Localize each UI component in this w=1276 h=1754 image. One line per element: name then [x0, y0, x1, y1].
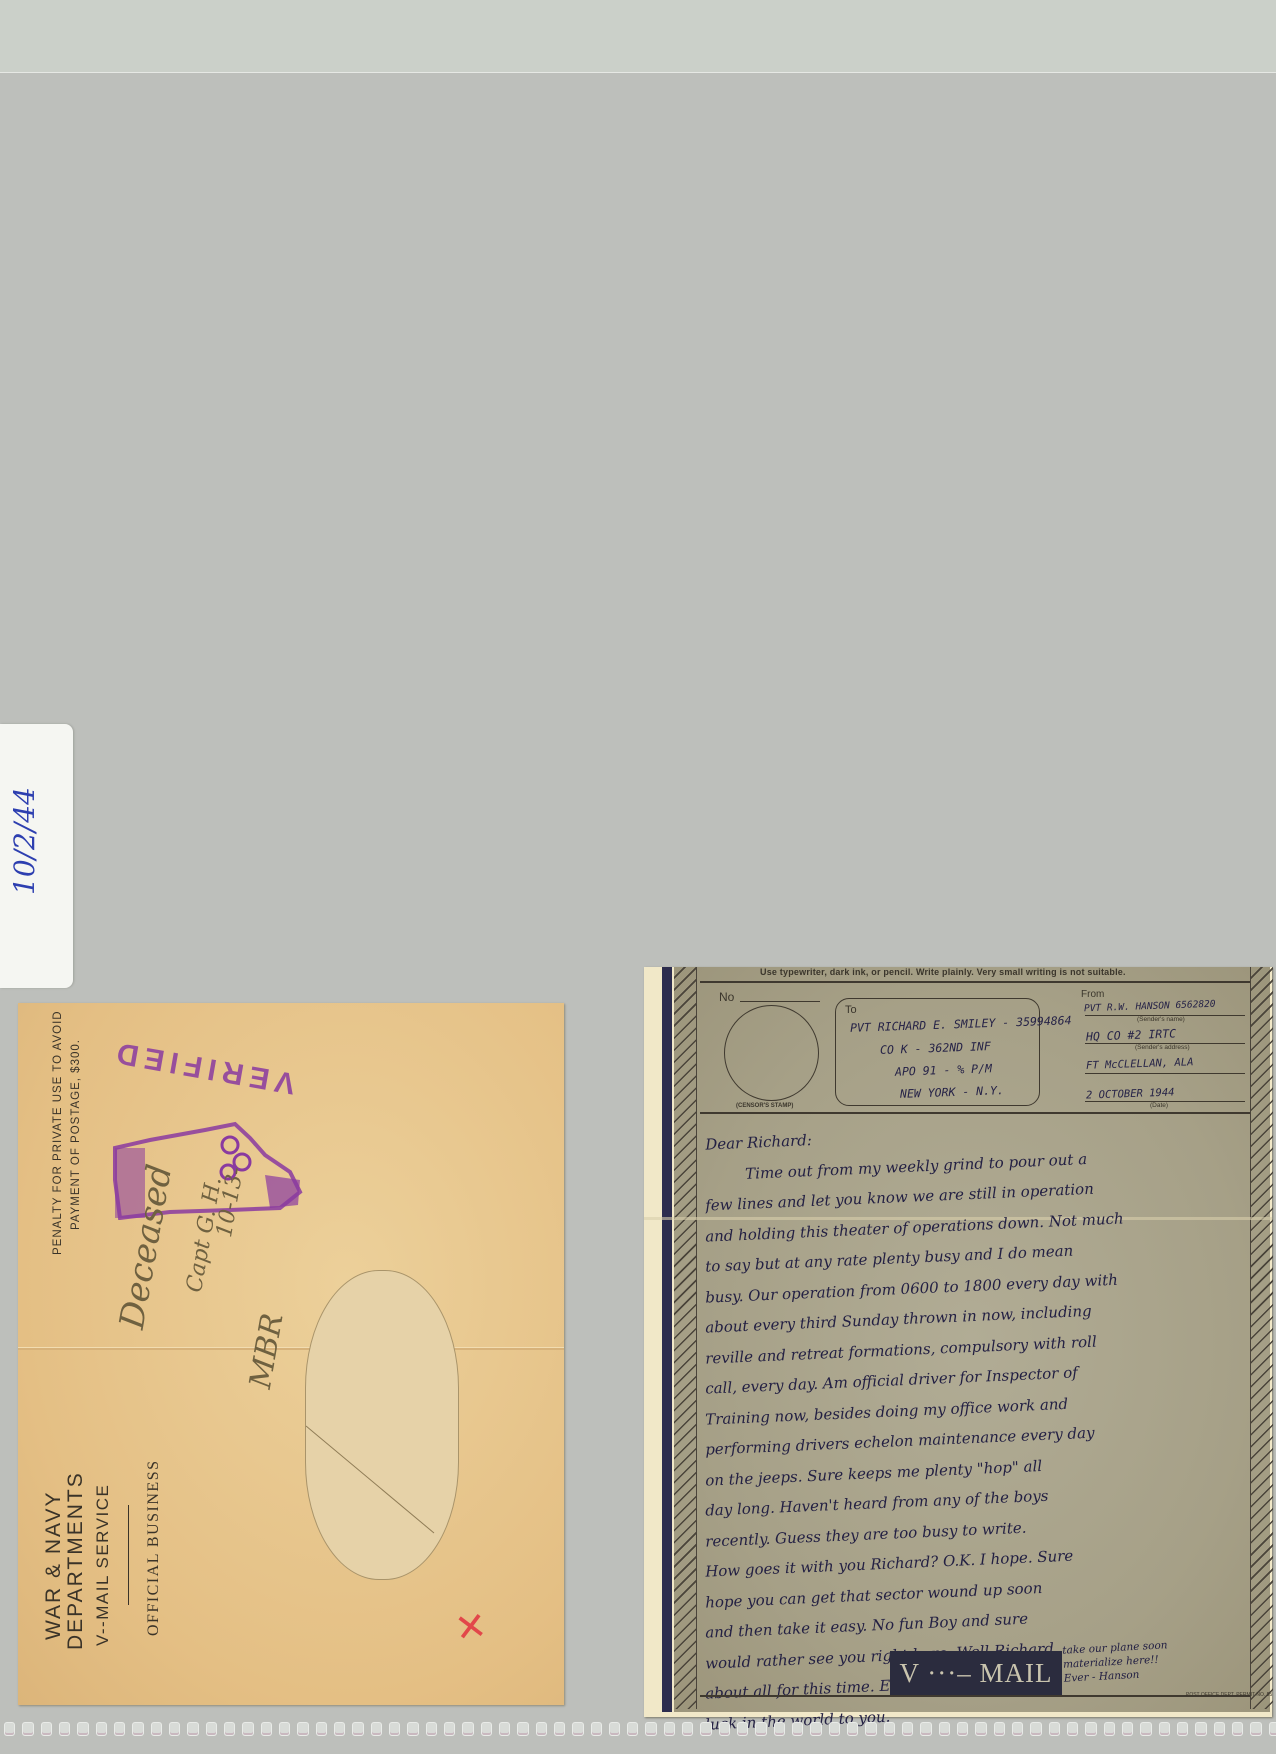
org-line-1: WAR & NAVY — [42, 1490, 66, 1640]
sender-city-line — [1085, 1073, 1245, 1074]
envelope-fold — [18, 1347, 564, 1350]
date-label: (Date) — [1150, 1102, 1168, 1109]
penalty-line-2: PAYMENT OF POSTAGE, $300. — [70, 1039, 82, 1230]
sender-address-label: (Sender's address) — [1135, 1044, 1190, 1051]
header-rule — [700, 981, 1250, 983]
letter-edge-bar — [662, 967, 672, 1712]
vmail-badge: V ···– MAIL — [890, 1651, 1062, 1695]
censor-stamp-circle — [724, 1005, 819, 1101]
envelope-address-window — [305, 1270, 459, 1580]
letter-body: Dear Richard: Time out from my weekly gr… — [705, 1118, 1240, 1728]
postscript: take our plane soon materialize here!! E… — [1062, 1638, 1169, 1685]
form-number: POST OFFICE DEPT. PERMIT NO. 55 — [1186, 1692, 1272, 1698]
sleeve-perforations — [0, 1722, 1276, 1738]
censor-stamp-label: (CENSOR'S STAMP) — [736, 1103, 793, 1109]
to-label: To — [845, 1004, 857, 1016]
sleeve-top-edge — [0, 0, 1276, 73]
writing-instructions: Use typewriter, dark ink, or pencil. Wri… — [760, 967, 1126, 977]
org-line-2: DEPARTMENTS — [64, 1471, 88, 1650]
number-label: No — [719, 990, 734, 1004]
tab-date: 10/2/44 — [8, 787, 41, 895]
penalty-line-1: PENALTY FOR PRIVATE USE TO AVOID — [52, 1010, 64, 1255]
envelope-divider — [128, 1505, 129, 1605]
from-label: From — [1081, 989, 1104, 1000]
sender-name-label: (Sender's name) — [1137, 1016, 1185, 1023]
number-field-line — [740, 1001, 820, 1002]
red-x-mark: ✕ — [452, 1603, 490, 1652]
service-label: V--MAIL SERVICE — [93, 1484, 113, 1646]
right-hatched-margin — [1250, 967, 1273, 1709]
window-crease-icon — [306, 1271, 458, 1579]
official-business-label: OFFICIAL BUSINESS — [145, 1460, 163, 1637]
left-hatched-margin — [674, 967, 697, 1709]
footer-rule — [700, 1695, 1250, 1697]
